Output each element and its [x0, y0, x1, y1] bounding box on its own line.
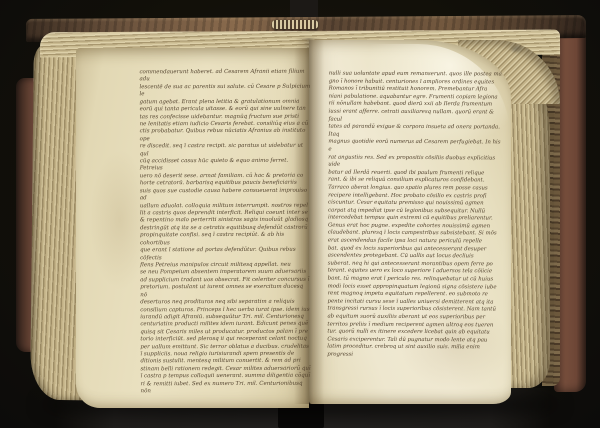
right-parchment-page: [309, 40, 511, 404]
left-parchment-page: [76, 48, 309, 408]
endband: [272, 20, 318, 29]
folio-number-smudge: [511, 46, 522, 52]
